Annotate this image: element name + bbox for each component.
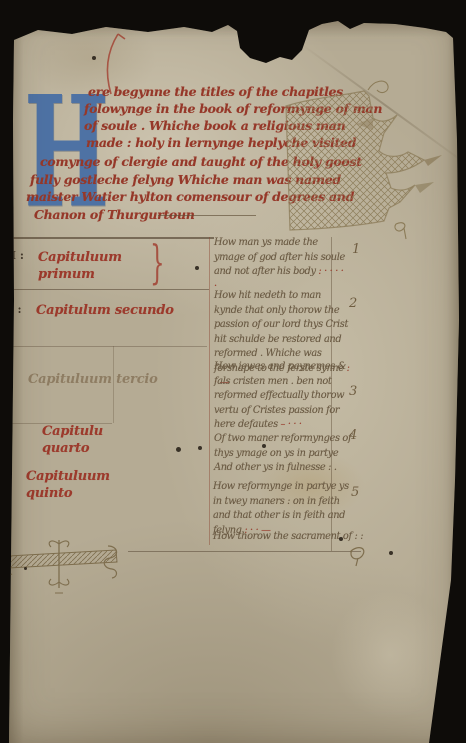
folio-mark: ) <box>419 12 424 27</box>
ruled-line <box>8 289 209 290</box>
chapter-rubric: Capituluum tercio <box>28 371 178 388</box>
ink-spot <box>198 446 202 450</box>
pen-scroll-flourish <box>342 540 374 568</box>
chapter-rubric: Capitulum secundo <box>36 302 176 319</box>
ink-spot <box>339 537 343 541</box>
chapter-rubric: Capitulu quarto <box>42 423 132 457</box>
ink-spot <box>389 551 393 555</box>
manuscript-scan: ) H ere begynne the titles of the chapit… <box>0 0 466 743</box>
chapter-summary-text: How reformynge in partye ys in twey mane… <box>213 481 349 536</box>
ruled-line <box>128 551 361 552</box>
ruled-line <box>0 237 214 239</box>
chapter-number: 2 <box>349 296 357 311</box>
ink-spot <box>195 266 199 270</box>
chapter-rubric: Capituluum quinto <box>26 468 131 502</box>
chapter-summary: How man ys made the ymage of god after h… <box>214 236 348 294</box>
ink-spot <box>24 567 27 570</box>
parchment-stain <box>330 590 450 720</box>
ink-spot <box>176 447 181 452</box>
chapter-left-number: : I : <box>3 249 24 262</box>
chapter-summary: How iewes and paynemes & fals cristen me… <box>214 360 350 433</box>
chapter-number: 5 <box>351 485 359 500</box>
chapter-left-number: 2 : <box>6 303 22 316</box>
chapter-summary: Of two maner reformynges of thys ymage o… <box>214 432 352 476</box>
chapter-number: 3 <box>349 384 357 399</box>
chapter-rubric: Capituluum primum <box>38 249 150 283</box>
crosshatch-doodle-panel <box>276 78 451 243</box>
ruled-line <box>0 346 207 347</box>
ink-spot <box>262 444 266 448</box>
chapter-number: 4 <box>349 428 357 443</box>
ruled-line-vertical <box>209 237 210 545</box>
parchment-page: ) H ere begynne the titles of the chapit… <box>0 0 466 743</box>
chapter-summary-text: Of two maner reformynges of thys ymage o… <box>214 433 351 473</box>
red-trail-marks: – · · · <box>281 419 302 430</box>
chapter-number: 1 <box>352 242 360 257</box>
pen-stroke-line <box>158 215 256 216</box>
red-chapter-bracket: } <box>150 239 165 285</box>
hatched-border-band <box>2 536 137 598</box>
ink-spot <box>92 56 96 60</box>
